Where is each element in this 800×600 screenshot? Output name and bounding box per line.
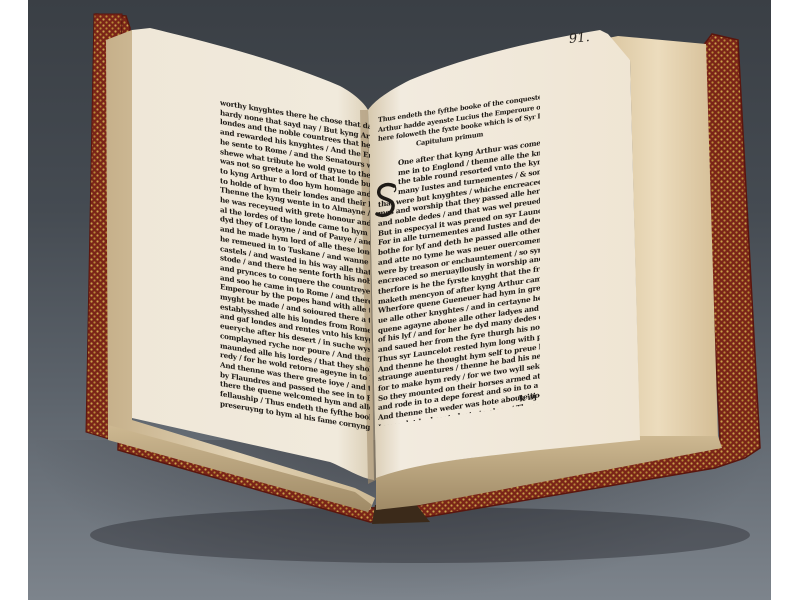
left-page-text-block: worthy knyghtes there he chose that day … [220,98,370,434]
folio-number: 91. [568,30,590,47]
decorated-initial-icon [374,182,398,220]
right-page-text-block: Thus endeth the fyfthe booke of the conq… [378,93,540,426]
